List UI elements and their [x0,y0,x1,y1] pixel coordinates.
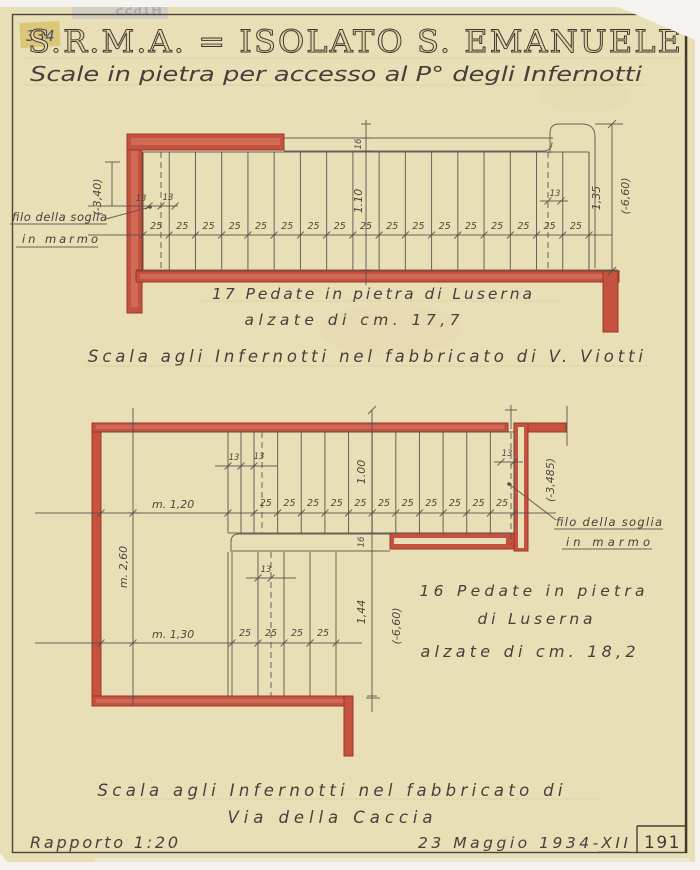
tread-dim-label: 25 [260,498,272,509]
stair-width-dim: 1.10 [352,189,365,214]
lower-flight-length-dim: 1,44 [355,600,368,625]
tread-dim-label: 25 [472,498,484,509]
room-depth-dim: m. 2,60 [117,546,130,588]
note-stone: di Luserna [478,610,593,628]
tread-dim-label: 25 [307,498,319,509]
half-tread-dim: 13 [502,449,513,459]
tread-dim-label: 25 [386,221,398,232]
tread-dim-label: 25 [291,628,303,639]
bottom-level-dim: (-6,60) [390,607,403,644]
tread-dim-label: 25 [176,221,188,232]
tread-dim-label: 25 [229,221,241,232]
tread-dim-label: 25 [449,498,461,509]
sheet-number: 191 [644,833,681,853]
top-level-dim: (-3,485) [544,458,557,502]
wall-texture [140,274,615,279]
threshold-label: filo della soglia [556,515,662,529]
lower-landing-depth-dim: m. 1,30 [152,628,194,641]
tread-dim-label: 25 [203,221,215,232]
wall-bottom-return [344,696,353,756]
tread-dim-label: 25 [265,628,277,639]
tread-dim-label: 25 [402,498,414,509]
right-level-dim: (-6,60) [619,177,632,214]
bottom-margin [0,862,700,870]
scale-label: Rapporto 1:20 [30,833,178,852]
tread-dim-label: 25 [425,498,437,509]
date-label: 23 Maggio 1934-XII [418,834,628,852]
half-tread-dim: 13 [229,453,240,463]
caption-street: Via della Caccia [228,808,433,827]
sheet-title: S.R.M.A. = ISOLATO S. EMANUELE [28,24,683,60]
tread-dim-label: 25 [544,221,556,232]
threshold-label: in marmo [566,535,650,549]
tread-dim-label: 25 [354,498,366,509]
caption-location: Scala agli Infernotti nel fabbricato di [98,781,563,800]
tread-dim-label: 25 [255,221,267,232]
tread-dim-label: 25 [331,498,343,509]
tread-dim-label: 25 [334,221,346,232]
tread-dim-label: 25 [378,498,390,509]
landing-width-dim: 16 [354,138,364,149]
sheet-subtitle: Scale in pietra per accesso al P° degli … [30,62,643,86]
wall-texture [96,699,348,703]
tread-dim-label: 25 [281,221,293,232]
wall-core [394,538,506,544]
tread-dim-label: 25 [570,221,582,232]
threshold-label: filo della soglia [12,210,107,224]
tread-dim-label: 25 [150,221,162,232]
wall-top-right [528,423,566,432]
half-tread-dim: 13 [254,452,265,462]
landing-width-dim: 16 [357,536,367,547]
tread-dim-label: 25 [412,221,424,232]
threshold-label: in marmo [22,232,98,246]
tread-dim-label: 25 [283,498,295,509]
scanned-drawing-sheet: H1655 334 S.R.M.A. = ISOLATO S. EMANUELE… [0,0,700,870]
wall-core [518,427,524,548]
wall-left [92,423,101,706]
half-tread-dim: 13 [136,194,147,204]
half-tread-dim: 13 [261,565,272,575]
drawing-canvas: H1655 334 S.R.M.A. = ISOLATO S. EMANUELE… [0,0,700,870]
tread-dim-label: 25 [517,221,529,232]
tread-dim-label: 25 [491,221,503,232]
wall-right [603,271,618,332]
right-height-dim: 1,35 [590,186,603,211]
half-tread-dim: 13 [163,193,174,203]
right-margin [695,0,700,870]
tread-dim-label: 25 [307,221,319,232]
tread-dim-label: 25 [439,221,451,232]
tread-dim-label: 25 [239,628,251,639]
half-tread-dim: 13 [550,189,561,199]
top-margin [0,0,700,7]
tread-dim-label: 25 [465,221,477,232]
tread-dim-label: 25 [496,498,508,509]
landing-depth-dim: m. 1,20 [152,498,194,511]
wall-texture [131,138,280,145]
wall-texture [96,425,504,429]
tread-dim-label: 25 [317,628,329,639]
flight-width-dim: 1.00 [355,460,368,485]
